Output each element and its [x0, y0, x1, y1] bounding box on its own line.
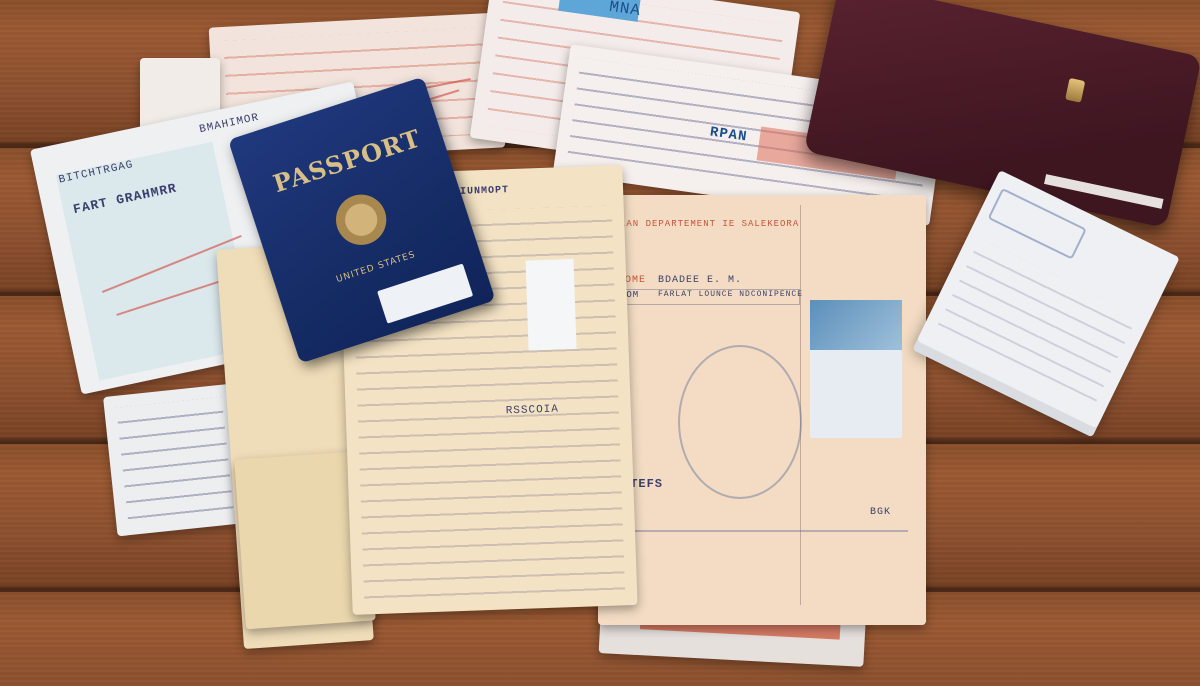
- passport-subtitle: UNITED STATES: [335, 250, 417, 285]
- ticket-lines: [116, 397, 234, 523]
- visa-name-value: BDADEE E. M.: [658, 275, 742, 286]
- passport-title: PASSPORT: [270, 123, 425, 198]
- visa-header: LAN DEPARTEMENT IE SALEKEORA: [620, 219, 799, 229]
- barcode-sticker: [526, 259, 577, 351]
- visa-photo-sketch: [810, 350, 902, 438]
- visa-row2-value: FARLAT LOUNCE NDCONIPENCE: [658, 290, 803, 299]
- visa-stamp-circle: [678, 345, 802, 499]
- visa-bottom-text: BGK: [870, 507, 891, 518]
- ticket-code: RSSCOIA: [506, 404, 560, 418]
- visa-photo: [810, 300, 902, 350]
- wallet-clasp: [1065, 78, 1085, 103]
- visa-document: LAN DEPARTEMENT IE SALEKEORA NOME BDADEE…: [598, 195, 926, 625]
- eagle-emblem-icon: [321, 179, 402, 260]
- left-ticket-lower: [103, 384, 247, 537]
- visa-line: [618, 530, 908, 532]
